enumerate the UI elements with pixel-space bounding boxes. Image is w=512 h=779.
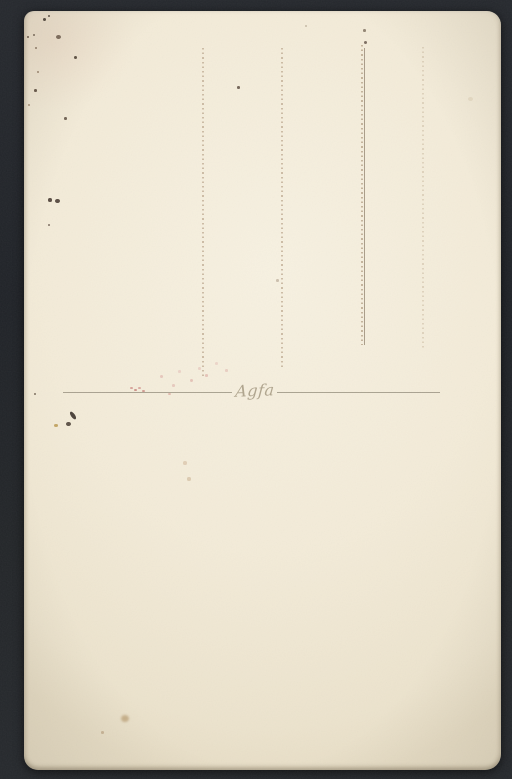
foxing-spot — [364, 41, 367, 44]
pink-ink-mark — [142, 390, 145, 392]
foxing-spot — [101, 731, 104, 734]
address-ruling-line — [202, 48, 204, 378]
foxing-spot — [66, 422, 71, 426]
foxing-spot — [48, 198, 52, 202]
foxing-spot — [35, 47, 37, 49]
pink-ink-mark — [172, 384, 175, 387]
foxing-spot — [468, 97, 473, 101]
foxing-spot — [55, 199, 60, 203]
divider-left-segment — [63, 392, 232, 393]
foxing-spot — [28, 104, 30, 106]
pink-ink-mark — [130, 387, 133, 389]
foxing-spot — [27, 36, 29, 38]
foxing-spot — [43, 18, 46, 21]
pink-ink-mark — [215, 362, 218, 365]
foxing-spot — [34, 89, 37, 92]
pink-ink-mark — [138, 387, 141, 389]
foxing-spot — [56, 35, 61, 39]
foxing-spot — [33, 34, 35, 36]
pink-ink-mark — [178, 370, 181, 373]
pink-ink-mark — [160, 375, 163, 378]
pink-ink-mark — [168, 393, 171, 395]
pink-ink-mark — [190, 379, 193, 382]
address-ruling-line — [361, 45, 363, 345]
postcard: Agfa — [24, 11, 501, 770]
address-ruling-line — [422, 47, 424, 350]
pink-ink-mark — [198, 367, 201, 370]
pink-ink-mark — [134, 389, 137, 391]
foxing-spot — [64, 117, 67, 120]
foxing-spot — [187, 477, 191, 481]
foxing-spot — [69, 411, 77, 421]
pink-ink-mark — [205, 374, 208, 377]
foxing-spot — [237, 86, 240, 89]
foxing-spot — [74, 56, 77, 59]
foxing-spot — [37, 71, 39, 73]
agfa-brand-logo: Agfa — [219, 380, 290, 402]
divider-right-segment — [277, 392, 440, 393]
foxing-spot — [363, 29, 366, 32]
address-ruling-line — [364, 48, 365, 345]
photo-scene: Agfa — [0, 0, 512, 779]
foxing-spot — [48, 224, 50, 226]
foxing-spot — [305, 25, 307, 27]
address-ruling-line — [281, 48, 283, 368]
pink-ink-mark — [225, 369, 228, 372]
foxing-spot — [121, 715, 129, 722]
foxing-spot — [183, 461, 187, 465]
foxing-spot — [34, 393, 36, 395]
foxing-spot — [48, 15, 50, 17]
foxing-spot — [54, 424, 58, 427]
foxing-spot — [276, 279, 279, 282]
